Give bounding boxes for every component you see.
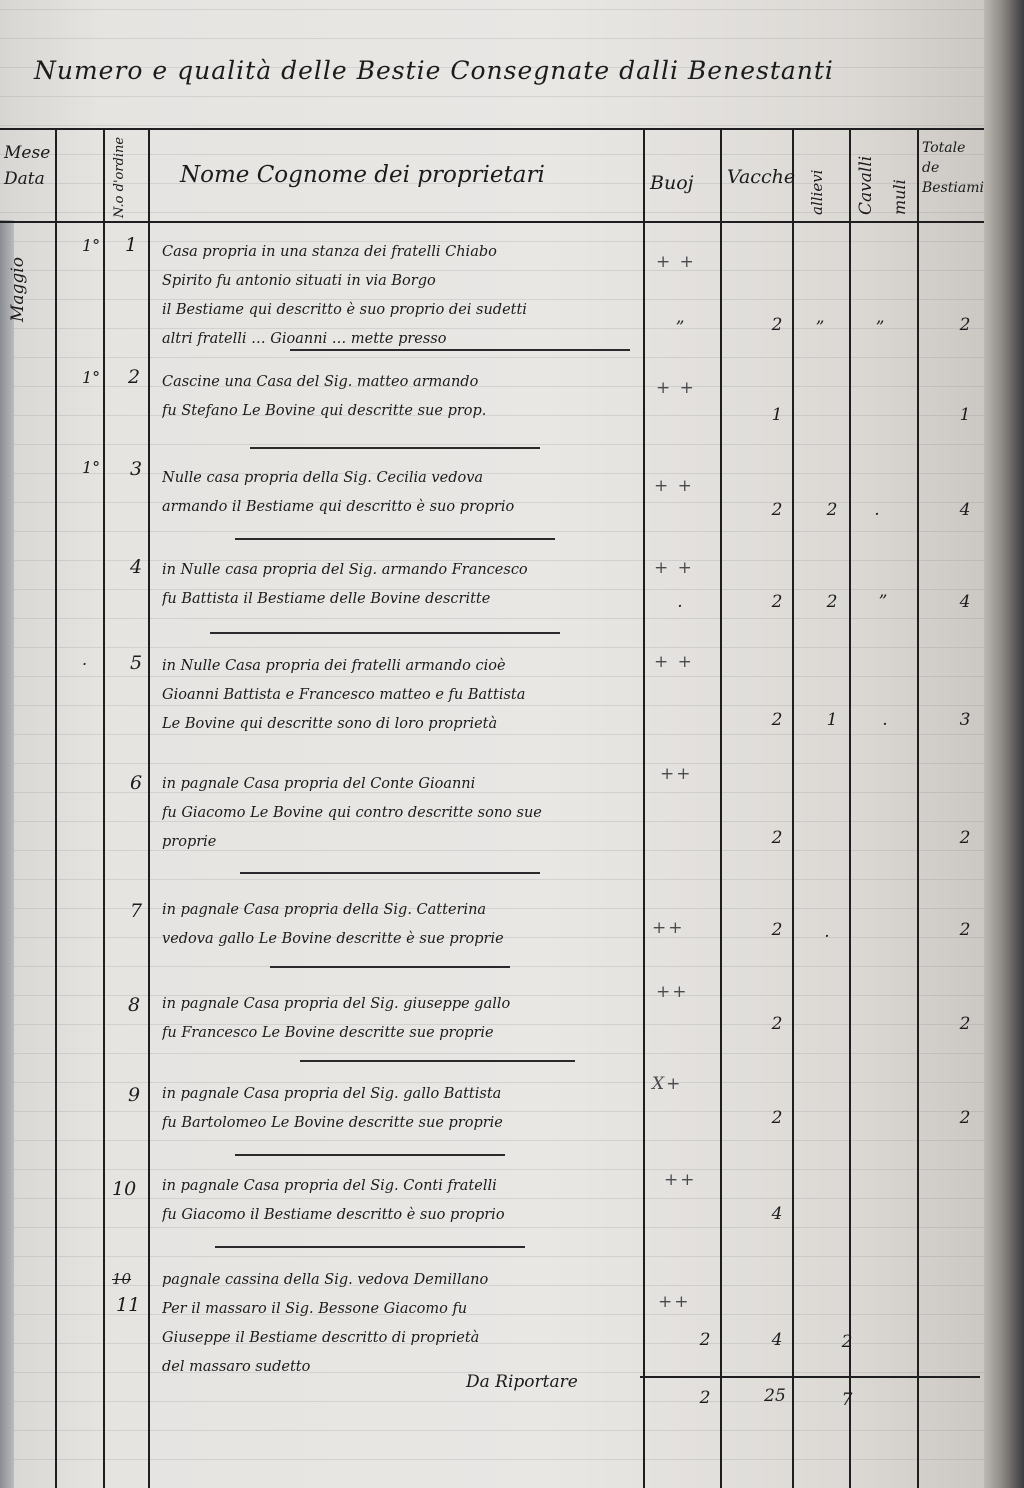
row-order: 4 — [130, 556, 142, 578]
description-line: vedova gallo Le Bovine descritte è sue p… — [162, 925, 640, 954]
row-description: in Nulle casa propria del Sig. armando F… — [162, 556, 640, 614]
row-description: Cascine una Casa del Sig. matteo armando… — [162, 368, 640, 426]
col-rule — [643, 128, 645, 1488]
row-order: 2 — [128, 366, 140, 388]
cell-vacche: 2 — [762, 500, 792, 520]
cell-totale: 2 — [950, 828, 980, 848]
row-description: in pagnale Casa propria del Sig. giusepp… — [162, 990, 640, 1048]
col-rule — [720, 128, 722, 1488]
description-line: il Bestiame qui descritto è suo proprio … — [162, 296, 640, 325]
row-separator — [300, 1060, 575, 1062]
description-line: in pagnale Casa propria del Sig. Conti f… — [162, 1172, 640, 1201]
col-rule — [103, 128, 105, 1488]
tally-marks: + + — [656, 378, 696, 398]
page-title: Numero e qualità delle Bestie Consegnate… — [34, 56, 834, 85]
tally-marks: + + — [656, 252, 696, 272]
cell-cavalli: . — [862, 500, 892, 520]
row-order-struck: 10 — [112, 1270, 131, 1288]
header-numero-ordine: N.o d'ordine — [112, 138, 127, 218]
row-separator — [240, 872, 540, 874]
da-riportare-label: Da Riportare — [466, 1372, 578, 1392]
description-line: Per il massaro il Sig. Bessone Giacomo f… — [162, 1295, 640, 1324]
header-vacche: Vacche — [727, 166, 795, 188]
cell-vacche: 4 — [762, 1330, 792, 1350]
month-label: Maggio — [8, 232, 28, 322]
description-line: armando il Bestiame qui descritto è suo … — [162, 493, 640, 522]
description-line: in Nulle Casa propria dei fratelli arman… — [162, 652, 640, 681]
cell-totale: 3 — [950, 710, 980, 730]
cell-totale: 2 — [950, 315, 980, 335]
header-allievi: allievi — [808, 145, 826, 215]
description-line: fu Francesco Le Bovine descritte sue pro… — [162, 1019, 640, 1048]
row-description: in Nulle Casa propria dei fratelli arman… — [162, 652, 640, 739]
cell-allievi: ” — [805, 318, 835, 338]
row-separator — [215, 1246, 525, 1248]
cell-vacche: 4 — [762, 1204, 792, 1224]
row-order: 1 — [125, 234, 137, 256]
description-line: Le Bovine qui descritte sono di loro pro… — [162, 710, 640, 739]
cell-allievi: 2 — [832, 1332, 862, 1352]
row-date: 1° — [82, 458, 100, 477]
cell-cavalli: . — [870, 710, 900, 730]
tally-marks: + + — [654, 558, 694, 578]
header-mese-data: Mese Data — [4, 140, 54, 192]
total-allievi: 7 — [832, 1390, 862, 1410]
cell-vacche: 2 — [762, 710, 792, 730]
cell-vacche: 2 — [762, 592, 792, 612]
description-line: fu Giacomo il Bestiame descritto è suo p… — [162, 1201, 640, 1230]
row-order: 8 — [128, 994, 140, 1016]
row-description: in pagnale Casa propria della Sig. Catte… — [162, 896, 640, 954]
tally-marks: ++ — [656, 982, 689, 1002]
description-line: Nulle casa propria della Sig. Cecilia ve… — [162, 464, 640, 493]
cell-allievi: . — [812, 922, 842, 942]
header-nome-cognome: Nome Cognome dei proprietari — [180, 162, 545, 188]
description-line: Casa propria in una stanza dei fratelli … — [162, 238, 640, 267]
description-line: fu Giacomo Le Bovine qui contro descritt… — [162, 799, 640, 828]
description-line: fu Bartolomeo Le Bovine descritte sue pr… — [162, 1109, 640, 1138]
description-line: in pagnale Casa propria del Sig. giusepp… — [162, 990, 640, 1019]
col-rule — [917, 128, 919, 1488]
row-order: 3 — [130, 458, 142, 480]
cell-vacche: 1 — [762, 405, 792, 425]
cell-totale: 2 — [950, 920, 980, 940]
description-line: pagnale cassina della Sig. vedova Demill… — [162, 1266, 640, 1295]
tally-marks: + + — [654, 652, 694, 672]
total-vacche: 25 — [760, 1386, 790, 1406]
cell-cavalli: ” — [865, 318, 895, 338]
row-separator — [235, 538, 555, 540]
description-line: Spirito fu antonio situati in via Borgo — [162, 267, 640, 296]
cell-totale: 2 — [950, 1108, 980, 1128]
ledger-page: Numero e qualità delle Bestie Consegnate… — [0, 0, 1000, 1488]
header-muli: muli — [890, 135, 909, 215]
col-rule — [792, 128, 794, 1488]
tally-marks: ++ — [658, 1292, 691, 1312]
cell-totale: 2 — [950, 1014, 980, 1034]
cell-vacche: 2 — [762, 1014, 792, 1034]
tally-marks: + + — [654, 476, 694, 496]
row-separator — [270, 966, 510, 968]
col-rule — [55, 128, 57, 1488]
description-line: Cascine una Casa del Sig. matteo armando — [162, 368, 640, 397]
description-line: fu Stefano Le Bovine qui descritte sue p… — [162, 397, 640, 426]
tally-marks: X+ — [652, 1074, 682, 1094]
tally-marks: ++ — [660, 764, 693, 784]
cell-buoi: . — [665, 592, 695, 612]
description-line: proprie — [162, 828, 640, 857]
cell-totale: 1 — [950, 405, 980, 425]
row-description: pagnale cassina della Sig. vedova Demill… — [162, 1266, 640, 1382]
total-buoi: 2 — [690, 1388, 720, 1408]
description-line: in pagnale Casa propria della Sig. Catte… — [162, 896, 640, 925]
row-separator — [210, 632, 560, 634]
row-date: . — [82, 650, 87, 669]
description-line: in pagnale Casa propria del Conte Gioann… — [162, 770, 640, 799]
cell-cavalli: ” — [868, 592, 898, 612]
col-rule — [148, 128, 150, 1488]
row-order: 5 — [130, 652, 142, 674]
col-rule — [849, 128, 851, 1488]
cell-vacche: 2 — [762, 828, 792, 848]
row-separator — [290, 349, 630, 351]
description-line: Gioanni Battista e Francesco matteo e fu… — [162, 681, 640, 710]
row-order: 10 — [112, 1178, 136, 1200]
header-totale: Totale de Bestiami — [922, 138, 984, 198]
tally-marks: ++ — [664, 1170, 697, 1190]
row-separator — [235, 1154, 505, 1156]
row-date: 1° — [82, 236, 100, 255]
cell-vacche: 2 — [762, 920, 792, 940]
row-separator — [250, 447, 540, 449]
row-order: 11 — [116, 1294, 140, 1316]
page-shadow — [0, 220, 14, 1488]
totals-rule — [640, 1376, 980, 1378]
cell-buoi: ” — [665, 318, 695, 338]
description-line: in pagnale Casa propria del Sig. gallo B… — [162, 1080, 640, 1109]
row-description: in pagnale Casa propria del Sig. Conti f… — [162, 1172, 640, 1230]
row-description: Nulle casa propria della Sig. Cecilia ve… — [162, 464, 640, 522]
row-description: in pagnale Casa propria del Sig. gallo B… — [162, 1080, 640, 1138]
description-line: in Nulle casa propria del Sig. armando F… — [162, 556, 640, 585]
cell-totale: 4 — [950, 592, 980, 612]
row-date: 1° — [82, 368, 100, 387]
header-cavalli: Cavalli — [856, 135, 876, 215]
row-order: 9 — [128, 1084, 140, 1106]
cell-totale: 4 — [950, 500, 980, 520]
row-description: in pagnale Casa propria del Conte Gioann… — [162, 770, 640, 857]
row-order: 6 — [130, 772, 142, 794]
cell-allievi: 2 — [817, 592, 847, 612]
tally-marks: ++ — [652, 918, 685, 938]
cell-vacche: 2 — [762, 1108, 792, 1128]
cell-vacche: 2 — [762, 315, 792, 335]
cell-allievi: 1 — [817, 710, 847, 730]
description-line: Giuseppe il Bestiame descritto di propri… — [162, 1324, 640, 1353]
description-line: fu Battista il Bestiame delle Bovine des… — [162, 585, 640, 614]
cell-allievi: 2 — [817, 500, 847, 520]
header-buoi: Buoj — [650, 172, 694, 194]
row-order: 7 — [130, 900, 142, 922]
row-description: Casa propria in una stanza dei fratelli … — [162, 238, 640, 354]
torn-page-edge — [984, 0, 1024, 1488]
cell-buoi: 2 — [690, 1330, 720, 1350]
